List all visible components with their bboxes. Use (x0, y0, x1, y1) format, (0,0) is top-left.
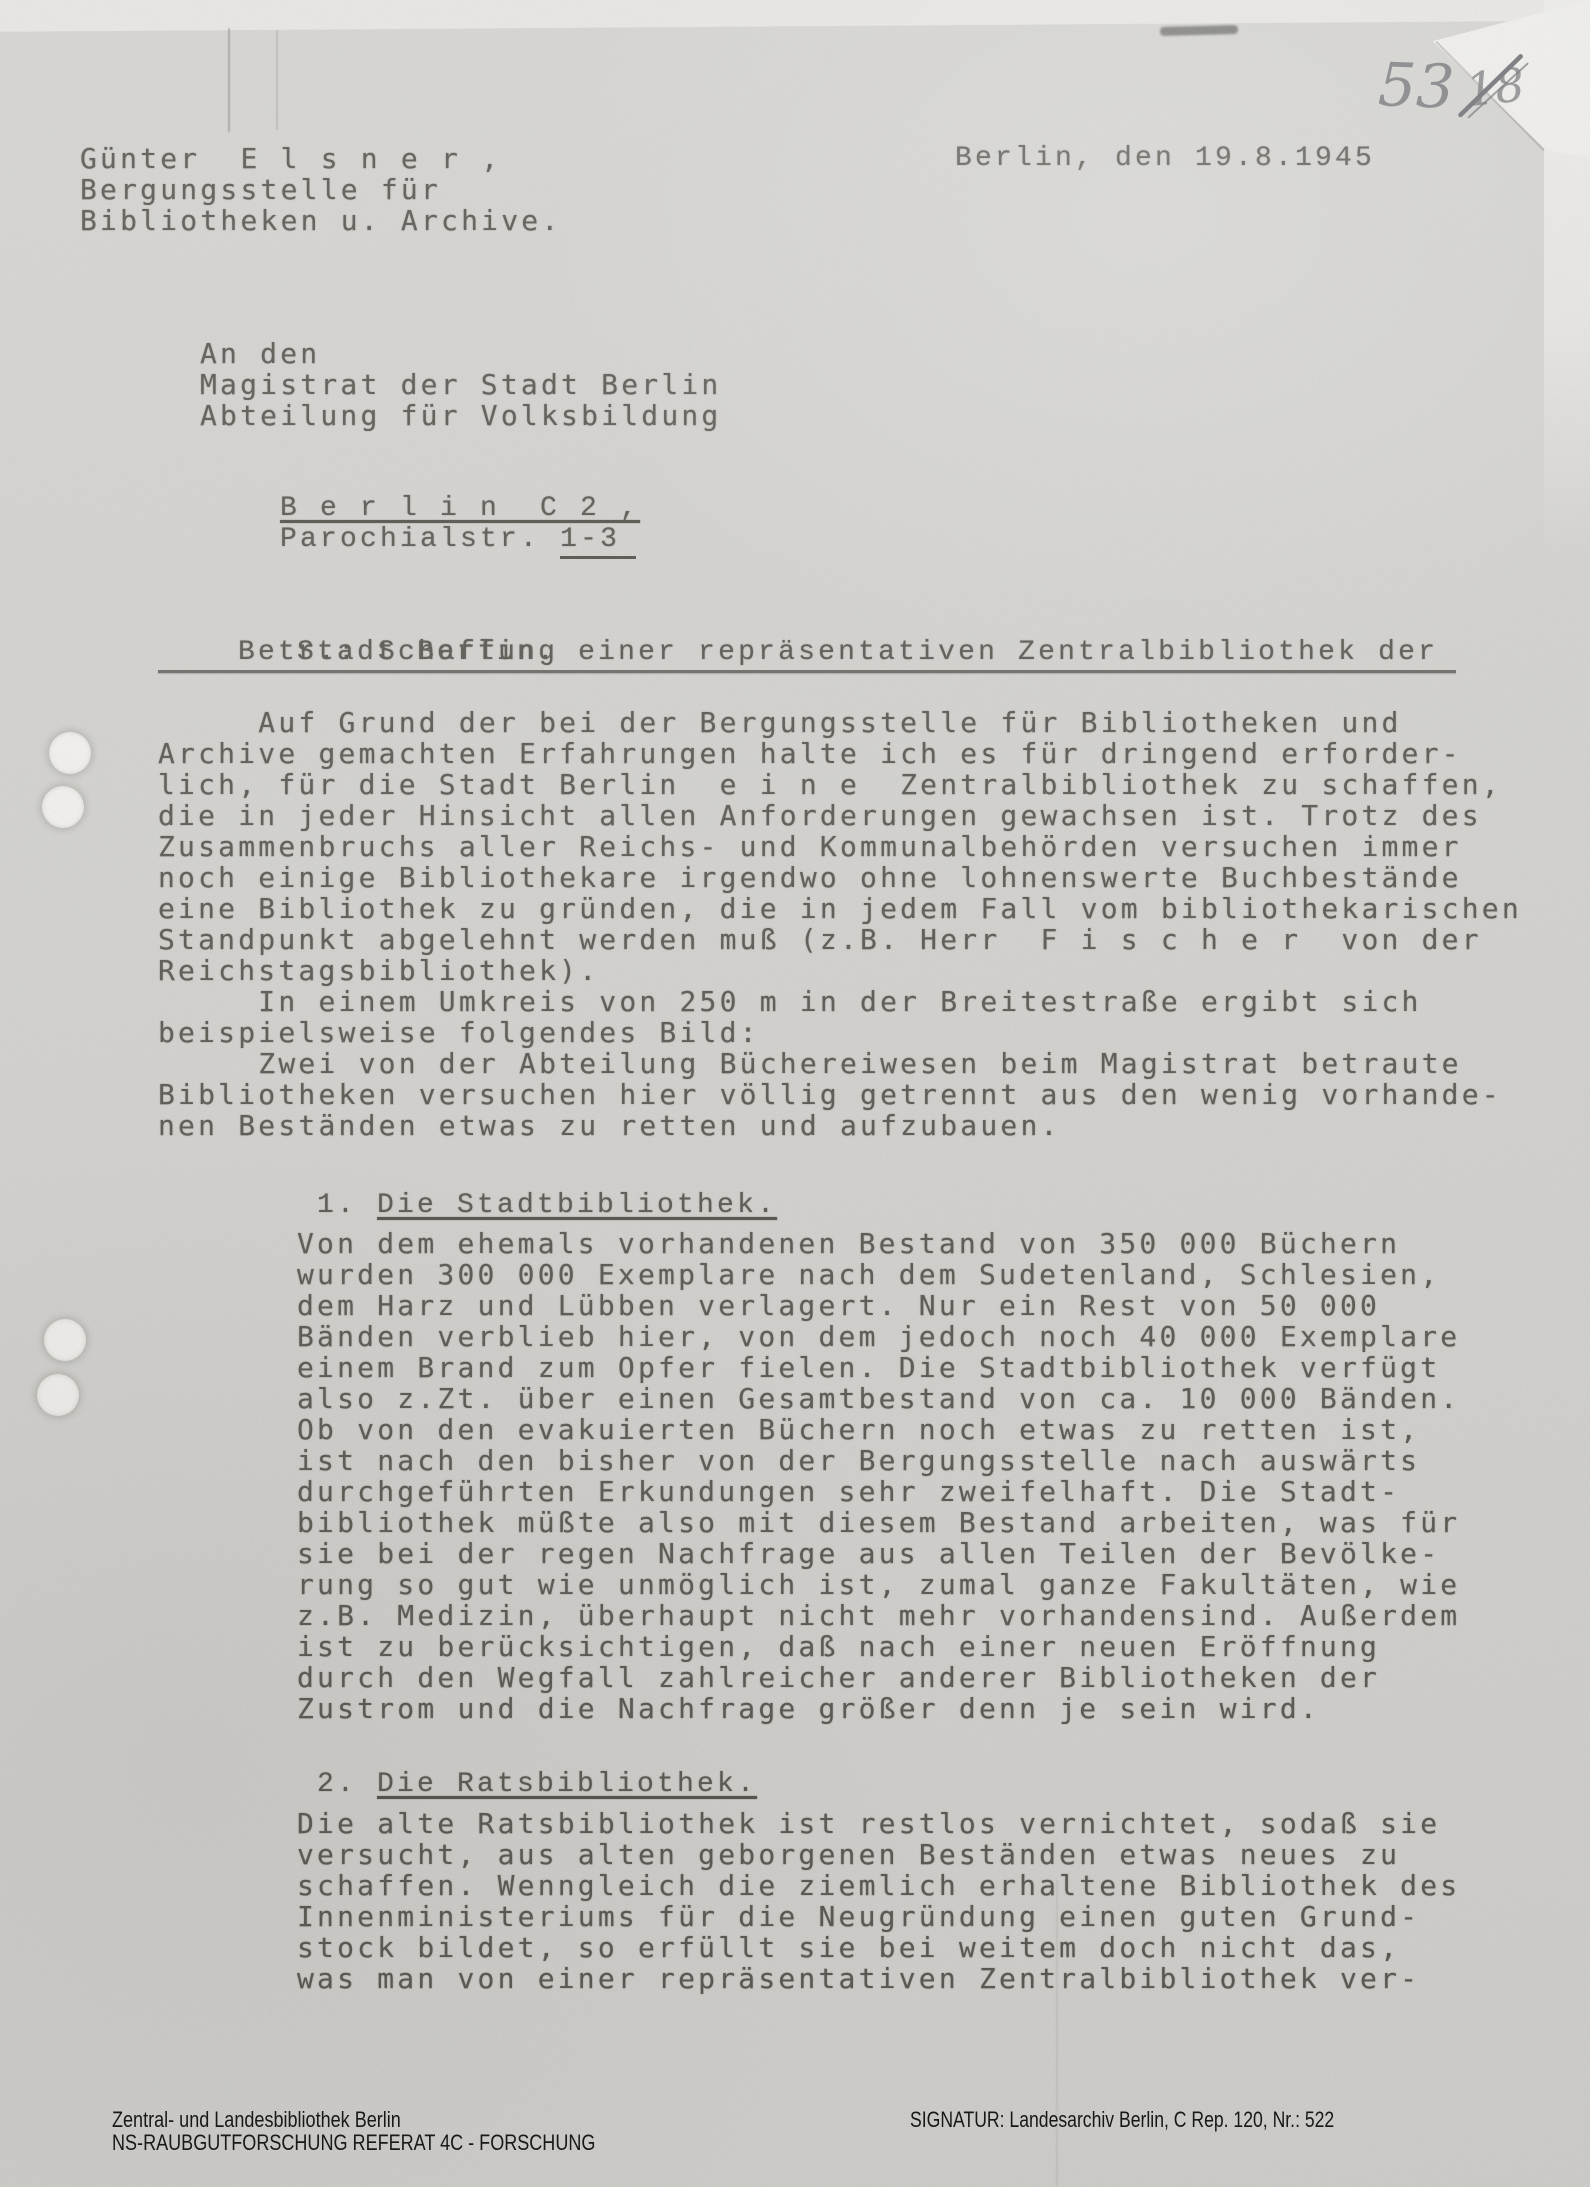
punch-hole (37, 1374, 79, 1416)
date-line: Berlin, den 19.8.1945 (955, 143, 1375, 174)
section-1-number: 1. (317, 1190, 377, 1221)
crossed-out-number: 18 (1455, 56, 1532, 118)
section-2-number: 2. (317, 1769, 377, 1800)
street-number: 1-3 (560, 524, 636, 559)
fold-crease (228, 28, 230, 132)
scan-smudge (1160, 25, 1238, 36)
subject-underline-rule (158, 670, 1456, 673)
footer-organization: Zentral- und Landesbibliothek Berlin (112, 2108, 401, 2131)
section-1-body: Von dem ehemals vorhandenen Bestand von … (297, 1228, 1460, 1724)
footer-department: NS-RAUBGUTFORSCHUNG REFERAT 4C - FORSCHU… (112, 2131, 595, 2154)
fold-crease (276, 30, 278, 130)
handwritten-folio-number: 53 (1377, 50, 1456, 123)
intro-paragraph: Auf Grund der bei der Bergungsstelle für… (158, 707, 1522, 1141)
scan-top-edge (0, 0, 1590, 32)
sender-block: Günter E l s n e r , Bergungsstelle für … (80, 143, 561, 236)
section-2-body: Die alte Ratsbibliothek ist restlos vern… (297, 1808, 1460, 1994)
punch-hole (49, 732, 91, 774)
recipient-block: An den Magistrat der Stadt Berlin Abteil… (200, 338, 722, 431)
footer-signature: SIGNATUR: Landesarchiv Berlin, C Rep. 12… (910, 2108, 1334, 2131)
recipient-street: Parochialstr. 1-3 (200, 493, 636, 586)
section-1-title: Die Stadtbibliothek. (377, 1190, 777, 1221)
section-2-title: Die Ratsbibliothek. (377, 1769, 757, 1800)
punch-hole (44, 1319, 86, 1361)
punch-hole (42, 786, 84, 828)
svg-text:18: 18 (1463, 57, 1527, 117)
scanned-letter-page: 53 18 Günter E l s n e r , Bergungsstell… (0, 0, 1590, 2187)
subject-line-2: Stadt Berlin. (297, 637, 557, 668)
handwritten-marks: 53 18 (1372, 48, 1542, 128)
